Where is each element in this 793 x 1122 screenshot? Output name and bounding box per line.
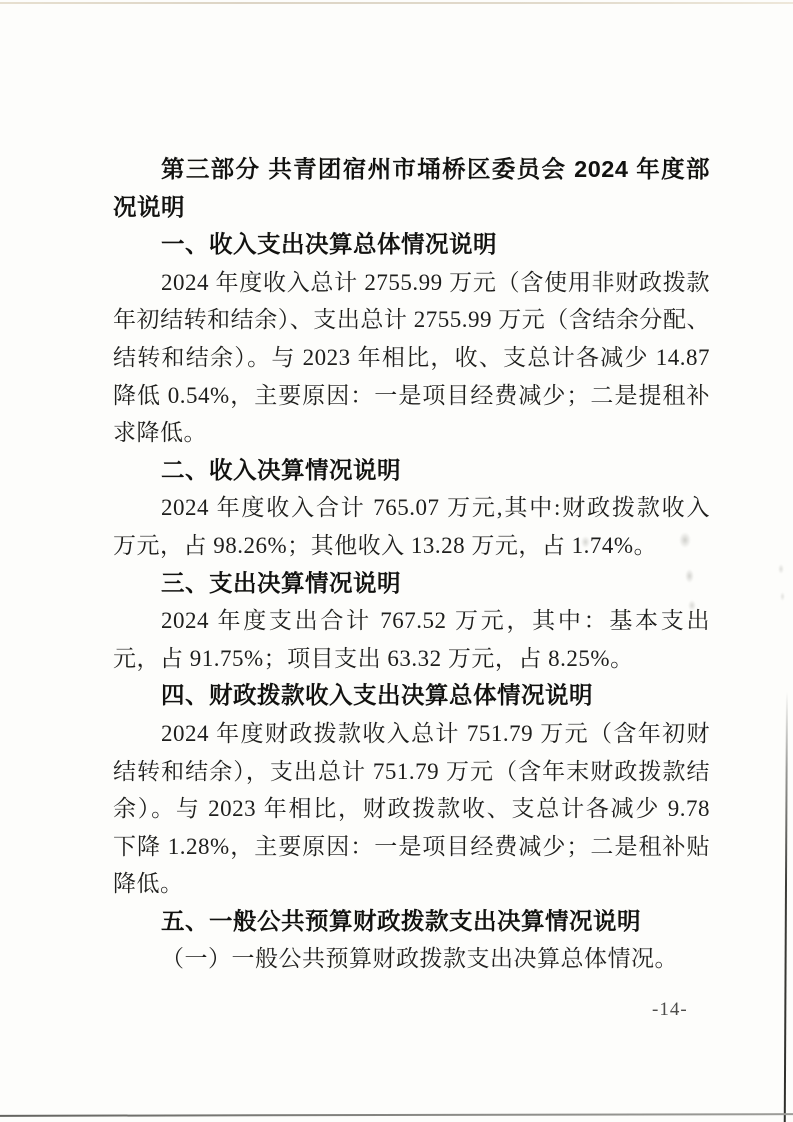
scan-smudge xyxy=(679,532,691,548)
scan-smudge xyxy=(688,600,696,611)
paragraph-line: 下降 1.28%，主要原因：一是项目经费减少；二是租补贴按要求 xyxy=(113,828,710,866)
paragraph-line: 2024 年度财政拨款收入总计 751.79 万元（含年初财政拨款 xyxy=(113,715,710,753)
paragraph-line: 降低。 xyxy=(113,865,710,903)
section-5-heading: 五、一般公共预算财政拨款支出决算情况说明 xyxy=(113,903,710,941)
section-4-heading: 四、财政拨款收入支出决算总体情况说明 xyxy=(113,677,710,715)
scan-artifact-right-edge xyxy=(784,692,788,1122)
scan-artifact-bottom-edge xyxy=(0,1113,793,1117)
paragraph-line: 年初结转和结余）、支出总计 2755.99 万元（含结余分配、年末 xyxy=(113,301,710,339)
paragraph-line: 2024 年度收入总计 2755.99 万元（含使用非财政拨款结余、 xyxy=(113,264,710,302)
paragraph-line: 结转和结余），支出总计 751.79 万元（含年末财政拨款结转和结 xyxy=(113,753,710,791)
paragraph-line: 降低 0.54%，主要原因：一是项目经费减少；二是提租补贴按要 xyxy=(113,377,710,415)
scan-smudge xyxy=(778,564,784,574)
paragraph-line: 元，占 91.75%；项目支出 63.32 万元，占 8.25%。 xyxy=(113,640,710,678)
paragraph-line: 余）。与 2023 年相比，财政拨款收、支总计各减少 9.78 万元， xyxy=(113,790,710,828)
scanned-document-page: 第三部分 共青团宿州市埇桥区委员会 2024 年度部门决算情 况说明 一、收入支… xyxy=(0,0,793,1122)
section-2-heading: 二、收入决算情况说明 xyxy=(113,452,710,490)
document-title-line-1: 第三部分 共青团宿州市埇桥区委员会 2024 年度部门决算情 xyxy=(113,151,710,189)
paragraph-line: 2024 年度支出合计 767.52 万元，其中：基本支出 704.19 万 xyxy=(113,602,710,640)
scan-smudge xyxy=(780,592,785,601)
scan-smudge xyxy=(581,536,590,548)
paragraph-line: 万元，占 98.26%；其他收入 13.28 万元，占 1.74%。 xyxy=(113,527,710,565)
paragraph-line: 结转和结余）。与 2023 年相比，收、支总计各减少 14.87 万元， xyxy=(113,339,710,377)
subsection-line: （一）一般公共预算财政拨款支出决算总体情况。 xyxy=(113,940,710,978)
section-3-heading: 三、支出决算情况说明 xyxy=(113,565,710,603)
scan-artifact-top-edge xyxy=(0,2,793,4)
page-number: -14- xyxy=(652,999,688,1021)
document-body: 第三部分 共青团宿州市埇桥区委员会 2024 年度部门决算情 况说明 一、收入支… xyxy=(113,151,710,978)
section-1-heading: 一、收入支出决算总体情况说明 xyxy=(113,226,710,264)
scan-smudge xyxy=(685,569,694,583)
paragraph-line: 2024 年度收入合计 765.07 万元,其中:财政拨款收入 751.79 xyxy=(113,489,710,527)
document-title-line-2: 况说明 xyxy=(113,189,710,227)
paragraph-line: 求降低。 xyxy=(113,414,710,452)
